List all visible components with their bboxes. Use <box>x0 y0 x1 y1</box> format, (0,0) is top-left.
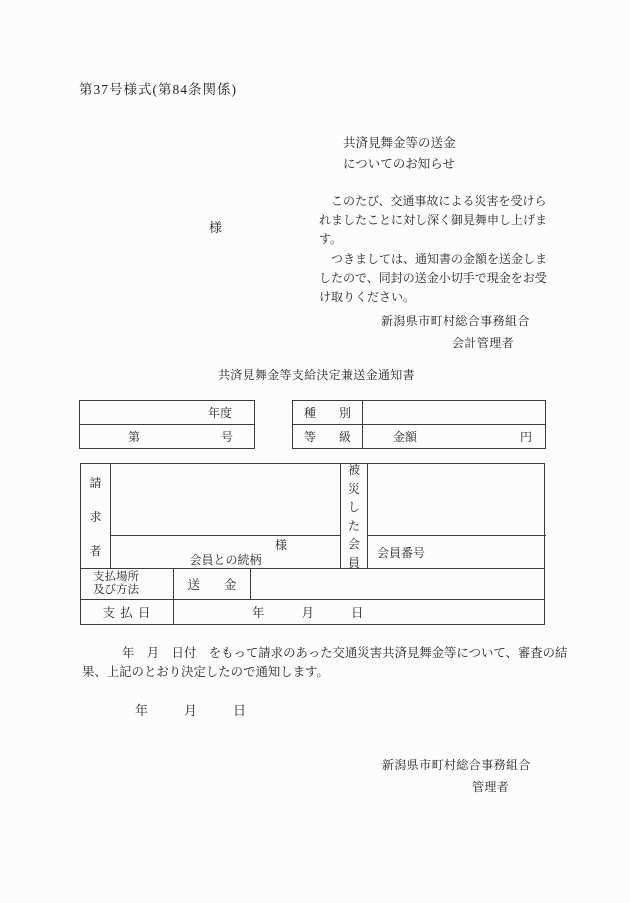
type-header-cell: 種 別 <box>293 401 363 425</box>
fiscal-year-cell: 年度 <box>80 401 254 425</box>
addressee-suffix: 様 <box>209 217 222 236</box>
grade-header-cell: 等 級 <box>293 425 363 448</box>
payment-method-char: 金 <box>224 575 237 593</box>
type-label-char: 別 <box>339 404 351 421</box>
decision-date-line: 年 月 日 <box>135 700 246 719</box>
sender-role-top: 会計管理者 <box>452 334 514 351</box>
victim-name-cell <box>368 464 546 536</box>
notice-body-line: す。 <box>319 230 553 249</box>
notice-body-line: れましたことに対し深く御見舞申し上げま <box>319 211 553 230</box>
amount-label: 金額 <box>393 428 417 445</box>
victim-char: 会 <box>348 535 360 552</box>
payment-place-row: 支払場所 及び方法 送 金 <box>81 568 544 599</box>
payment-date-header: 支 払 日 <box>81 600 174 624</box>
type-label-char: 種 <box>304 404 316 421</box>
notice-body-line: つきましては、通知書の金額を送金しま <box>319 250 553 269</box>
name-suffix-label: 様 <box>111 538 340 553</box>
day-unit-label: 日 <box>233 700 246 719</box>
payment-method-char: 送 <box>187 575 200 593</box>
decision-line: 年 月 日付 をもって請求のあった交通災害共済見舞金等について、審査の結 <box>82 644 574 663</box>
payment-place-line: 及び方法 <box>93 584 173 597</box>
document-number-cell: 第 号 <box>80 425 254 448</box>
notice-body-line: このたび、交通事故による災害を受けら <box>319 192 553 211</box>
victim-char: し <box>348 498 360 515</box>
year-unit-label: 年 <box>135 700 148 719</box>
claimant-char: 求 <box>89 508 101 525</box>
payment-place-value-cell <box>251 569 544 599</box>
month-unit-label: 月 <box>302 603 315 621</box>
member-number-label: 会員番号 <box>377 544 425 561</box>
payment-date-value-cell: 年 月 日 <box>174 600 544 624</box>
grade-label-char: 等 <box>304 428 316 445</box>
victim-member-header: 被 災 し た 会 員 <box>341 464 368 568</box>
grade-label-char: 級 <box>339 428 351 445</box>
yen-label: 円 <box>520 428 532 445</box>
type-value-cell <box>363 401 545 425</box>
claimant-section: 請 求 者 被 災 し た 会 員 様 会員との続柄 会員番号 <box>81 464 544 568</box>
notice-title-line1: 共済見舞金等の送金 <box>343 133 456 154</box>
form-number: 第37号様式(第84条関係) <box>79 78 237 98</box>
sender-organization-bottom: 新潟県市町村総合事務組合 <box>382 756 531 773</box>
sender-role-bottom: 管理者 <box>472 778 509 795</box>
payment-date-row: 支 払 日 年 月 日 <box>81 599 544 624</box>
form-document-page: 第37号様式(第84条関係) 共済見舞金等の送金 についてのお知らせ 様 このた… <box>0 0 630 903</box>
notice-body-line: したので、同封の送金小切手で現金をお受 <box>319 269 553 288</box>
class-amount-table: 種 別 等 級 金額 円 <box>292 400 546 449</box>
payment-place-header: 支払場所 及び方法 <box>81 569 174 599</box>
payment-notice-table: 請 求 者 被 災 し た 会 員 様 会員との続柄 会員番号 <box>80 463 545 625</box>
notice-title: 共済見舞金等の送金 についてのお知らせ <box>343 133 456 175</box>
member-number-cell: 会員番号 <box>368 536 546 568</box>
number-suffix-label: 号 <box>221 428 233 445</box>
payment-place-line: 支払場所 <box>93 571 173 584</box>
decision-statement: 年 月 日付 をもって請求のあった交通災害共済見舞金等について、審査の結 果、上… <box>82 644 574 682</box>
day-unit-label: 日 <box>351 603 364 621</box>
amount-cell: 金額 円 <box>363 425 545 448</box>
document-number-table: 年度 第 号 <box>79 400 255 449</box>
victim-char: た <box>348 517 360 534</box>
notice-title-line2: についてのお知らせ <box>343 154 456 175</box>
victim-char: 被 <box>348 461 360 478</box>
fiscal-year-label: 年度 <box>208 404 232 421</box>
decision-line: 果、上記のとおり決定したので通知します。 <box>82 663 574 682</box>
claimant-relation-cell: 様 会員との続柄 <box>111 536 341 568</box>
relation-label: 会員との続柄 <box>111 553 340 568</box>
claimant-name-cell <box>111 464 341 536</box>
number-prefix-label: 第 <box>128 428 140 445</box>
statement-title: 共済見舞金等支給決定兼送金通知書 <box>218 366 415 383</box>
notice-body: このたび、交通事故による災害を受けら れましたことに対し深く御見舞申し上げま す… <box>319 192 553 307</box>
claimant-header: 請 求 者 <box>81 464 111 568</box>
sender-organization-top: 新潟県市町村総合事務組合 <box>381 312 530 329</box>
payment-method-cell: 送 金 <box>174 569 251 599</box>
victim-char: 災 <box>348 480 360 497</box>
year-unit-label: 年 <box>252 603 265 621</box>
month-unit-label: 月 <box>184 700 197 719</box>
notice-body-line: け取りください。 <box>319 288 553 307</box>
claimant-char: 者 <box>89 542 101 559</box>
claimant-char: 請 <box>89 474 101 491</box>
